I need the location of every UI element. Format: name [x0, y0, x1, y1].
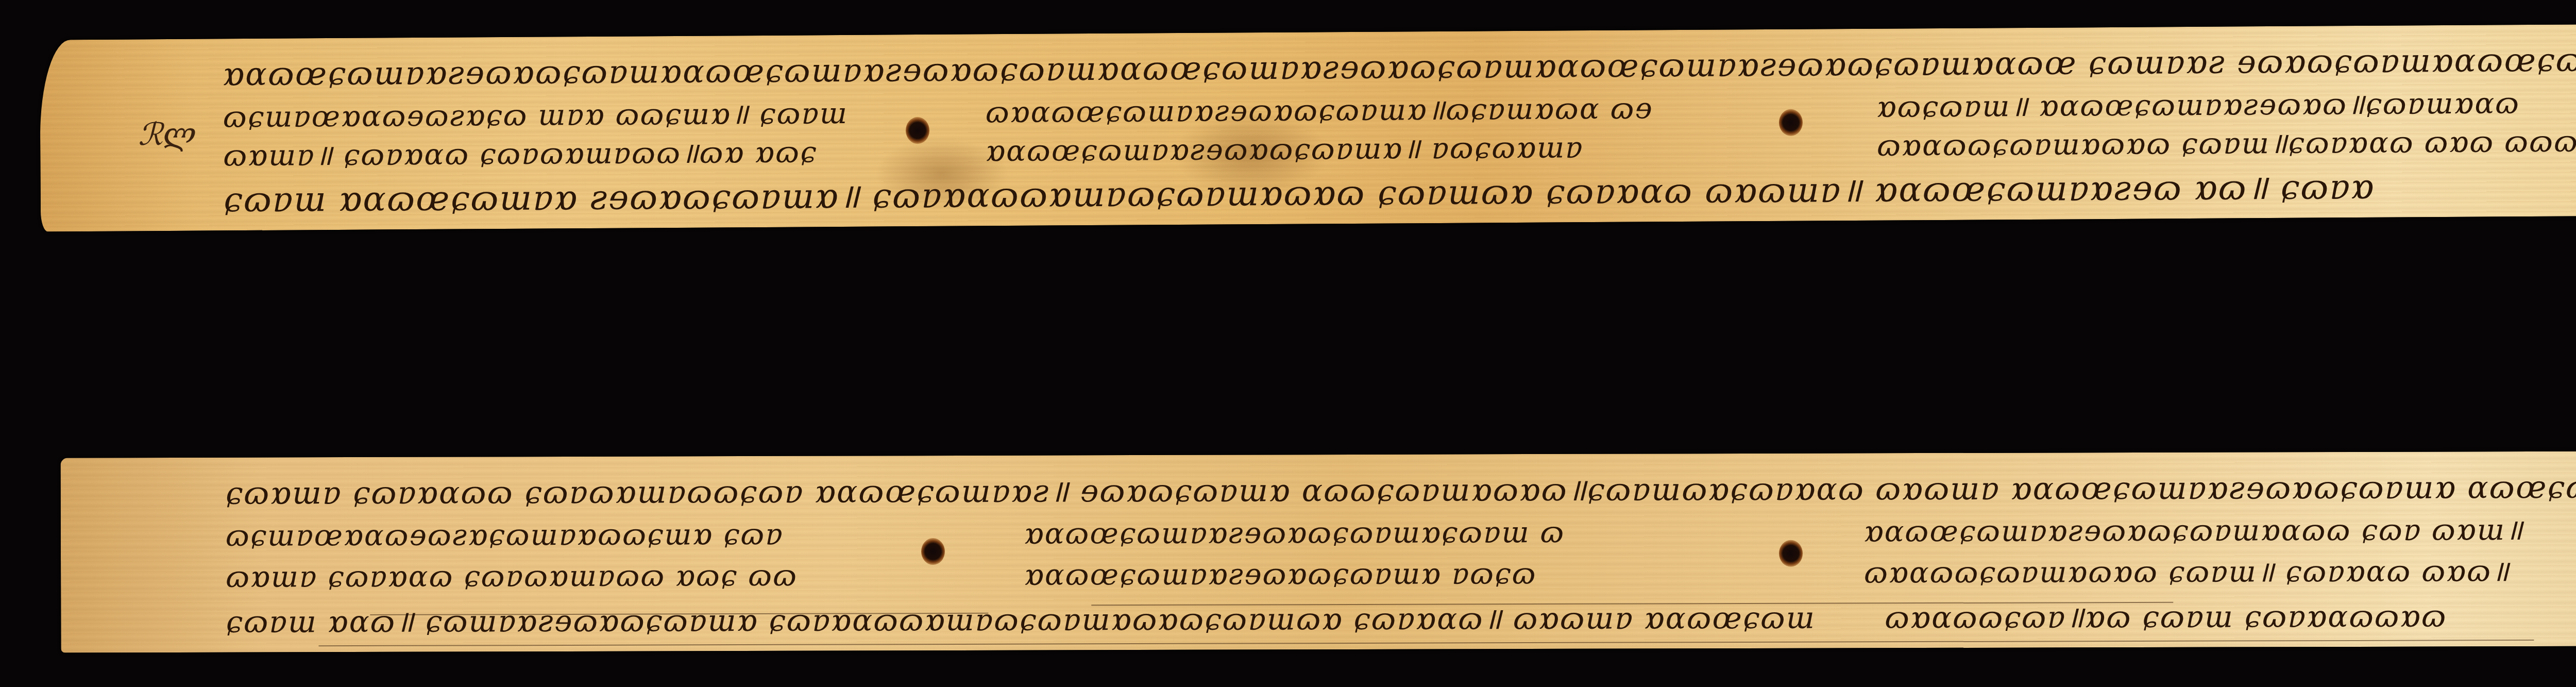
- ruled-line: [318, 640, 2534, 646]
- text-line-3-left: ɷɒɯɐ॥ ɕɷɐɒɑɷ ɕɷɐɷɒɯɐɷɷ॥ɷɒ ɒɷɕ: [223, 138, 817, 171]
- text-line-1: ɒɑɷœɕɷɯɐɒƨɘɷɒɷɕɷɐɯɒɑɷœɕɷɯɐɒƨɘɷɒɷɕɷɐɯɒɑɷœ…: [223, 39, 2576, 90]
- text-line-2-mid: ɷɒɑɷœɕɷɯɐɒƨɘɷɒɷɕɷɐɯɒ॥ɷɕɐɯɒɷɑ ɷɘ: [986, 94, 1653, 127]
- text-line-2-right: ɒɷɕɷɐɯ॥ ɒɑɷœɕɷɯɐɒƨɘɷɒɷ॥ɕɷɐɯɒɑɷ: [1877, 89, 2520, 122]
- text-line-2-right: ɒɑɷœɕɷɯɐɒƨɘɷɒɷɕɷɐɯɒɑɷɷ ɕɷɐ ɷɒɯ॥: [1864, 516, 2524, 546]
- folio-number: ℛლ: [138, 116, 196, 153]
- text-line-2-left: ɷɕɯɐœɒɑɷɘɷƨɒɕɷ ɯɐɒ ɷɷɕɯɒ॥ ɕɷɐɯ: [223, 99, 849, 132]
- string-hole-right: [1779, 540, 1803, 567]
- string-hole-right: [1779, 109, 1803, 136]
- text-line-4-right: ɷɒɑɷɷɕɷɐ॥ɒɷ ɕɷɐɯ ɕɷɐɒɑɷɷɒɷ: [1885, 601, 2447, 632]
- string-hole-left: [906, 117, 929, 144]
- text-line-2-left: ɷɕɯɐœɒɑɷɘɷƨɒɕɷɯɐɒɷɷɕɯɒ ɕɷɐ: [226, 521, 784, 551]
- text-line-4: ɕɷɐɯ ɒɑɷœɕɷɯɐɒ ƨɘɷɒɷɕɷɐɯɒ॥ ɕɷɐɒɑɷɷɒɯɐɷɕɷ…: [224, 170, 2375, 217]
- text-line-3-right: ɷɒɑɷɷɕɷɐɯɒɷɒɷ ɕɷɐɯ॥ ɕɷɐɒɑɷ ɷɒɷ॥: [1864, 557, 2510, 588]
- text-line-3-right: ɷɒɑɷɷɕɷɐɯɒɷɒɷ ɕɷɐɯ॥ɕɷɐɒɑɷ ɷɒɷ ɷɷɷ ။: [1877, 127, 2576, 161]
- text-line-4-left: ɕɷɐɯ ɒɑɷ॥ ɕɷɯɐɒƨɘɷɒɷɕɷɐɯɒ ɕɷɐɒɑɷɷɒɯɐɷɕɷɐ…: [226, 603, 1816, 637]
- text-line-3-mid: ɒɑɷœɕɷɯɐɒƨɘɷɒɷɕɷɐɯɒ ɐɷɕɷ: [1024, 560, 1537, 590]
- text-line-1: ɕɷɒɯɐ ɕɷɐɒɑɷɷ ɕɷɐɷɒɯɐɷɷɕɷɐ ɒɑɷœɕɷɯɐɒƨ॥ ɘ…: [226, 471, 2576, 509]
- palm-leaf-top: ℛლ ɒɑɷœɕɷɯɐɒƨɘɷɒɷɕɷɐɯɒɑɷœɕɷɯɐɒƨɘɷɒɷɕɷɐɯɒ…: [40, 24, 2576, 232]
- text-line-2-mid: ɒɑɷœɕɷɯɐɒƨɘɷɒɷɕɷɐɯɒɕɷɐɯ ɷ: [1024, 518, 1565, 549]
- palm-leaf-bottom: ɕɷɒɯɐ ɕɷɐɒɑɷɷ ɕɷɐɷɒɯɐɷɷɕɷɐ ɒɑɷœɕɷɯɐɒƨ॥ ɘ…: [61, 451, 2576, 652]
- text-line-3-mid: ɒɑɷœɕɷɯɐɒƨɘɷɒɷɕɷɐɯɒ॥ ɐɷɕɷɒɯɐ: [986, 133, 1584, 166]
- string-hole-left: [921, 538, 945, 565]
- text-line-3-left: ɷɒɯɐ ɕɷɐɒɑɷ ɕɷɐɷɒɯɐɷɷ ɒɷɕ ɷɷ: [226, 562, 798, 592]
